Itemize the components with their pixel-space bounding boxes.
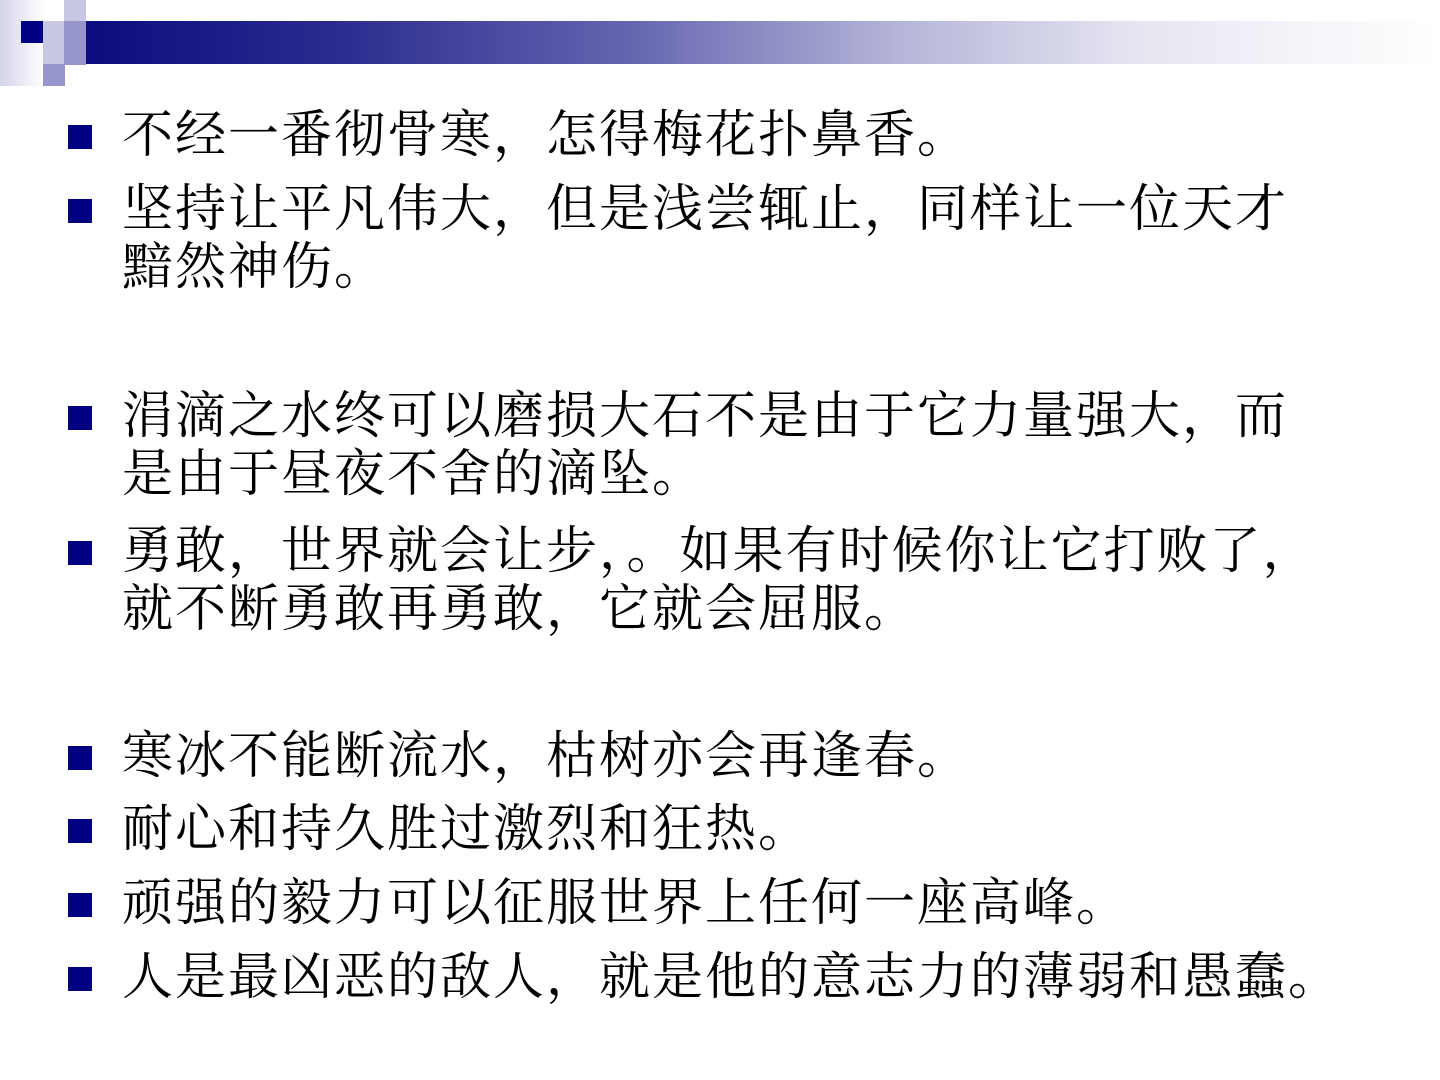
bullet-square-icon [68,967,92,991]
bullet-text-line: 勇敢，世界就会让步，。如果有时候你让它打败了， [122,522,1316,582]
bullet-text-line: 耐心和持久胜过激烈和狂热。 [122,800,811,860]
bullet-square-icon [68,893,92,917]
bullet-square-icon [68,819,92,843]
bullet-square-icon [68,199,92,223]
bullet-text-line: 就不断勇敢再勇敢，它就会屈服。 [122,580,917,640]
bullet-text-line: 人是最凶恶的敌人，就是他的意志力的薄弱和愚蠢。 [122,948,1341,1008]
bullet-text-line: 是由于昼夜不舍的滴坠。 [122,445,705,505]
slide-body: 不经一番彻骨寒，怎得梅花扑鼻香。 坚持让平凡伟大，但是浅尝辄止，同样让一位天才 … [0,0,1440,1080]
bullet-square-icon [68,406,92,430]
bullet-text-line: 坚持让平凡伟大，但是浅尝辄止，同样让一位天才 [122,180,1288,240]
bullet-text-line: 涓滴之水终可以磨损大石不是由于它力量强大，而 [122,387,1288,447]
bullet-text-line: 黯然神伤。 [122,238,387,298]
bullet-square-icon [68,125,92,149]
bullet-text-line: 不经一番彻骨寒，怎得梅花扑鼻香。 [122,106,970,166]
bullet-square-icon [68,746,92,770]
bullet-square-icon [68,541,92,565]
bullet-text-line: 寒冰不能断流水，枯树亦会再逢春。 [122,727,970,787]
bullet-text-line: 顽强的毅力可以征服世界上任何一座高峰。 [122,874,1129,934]
